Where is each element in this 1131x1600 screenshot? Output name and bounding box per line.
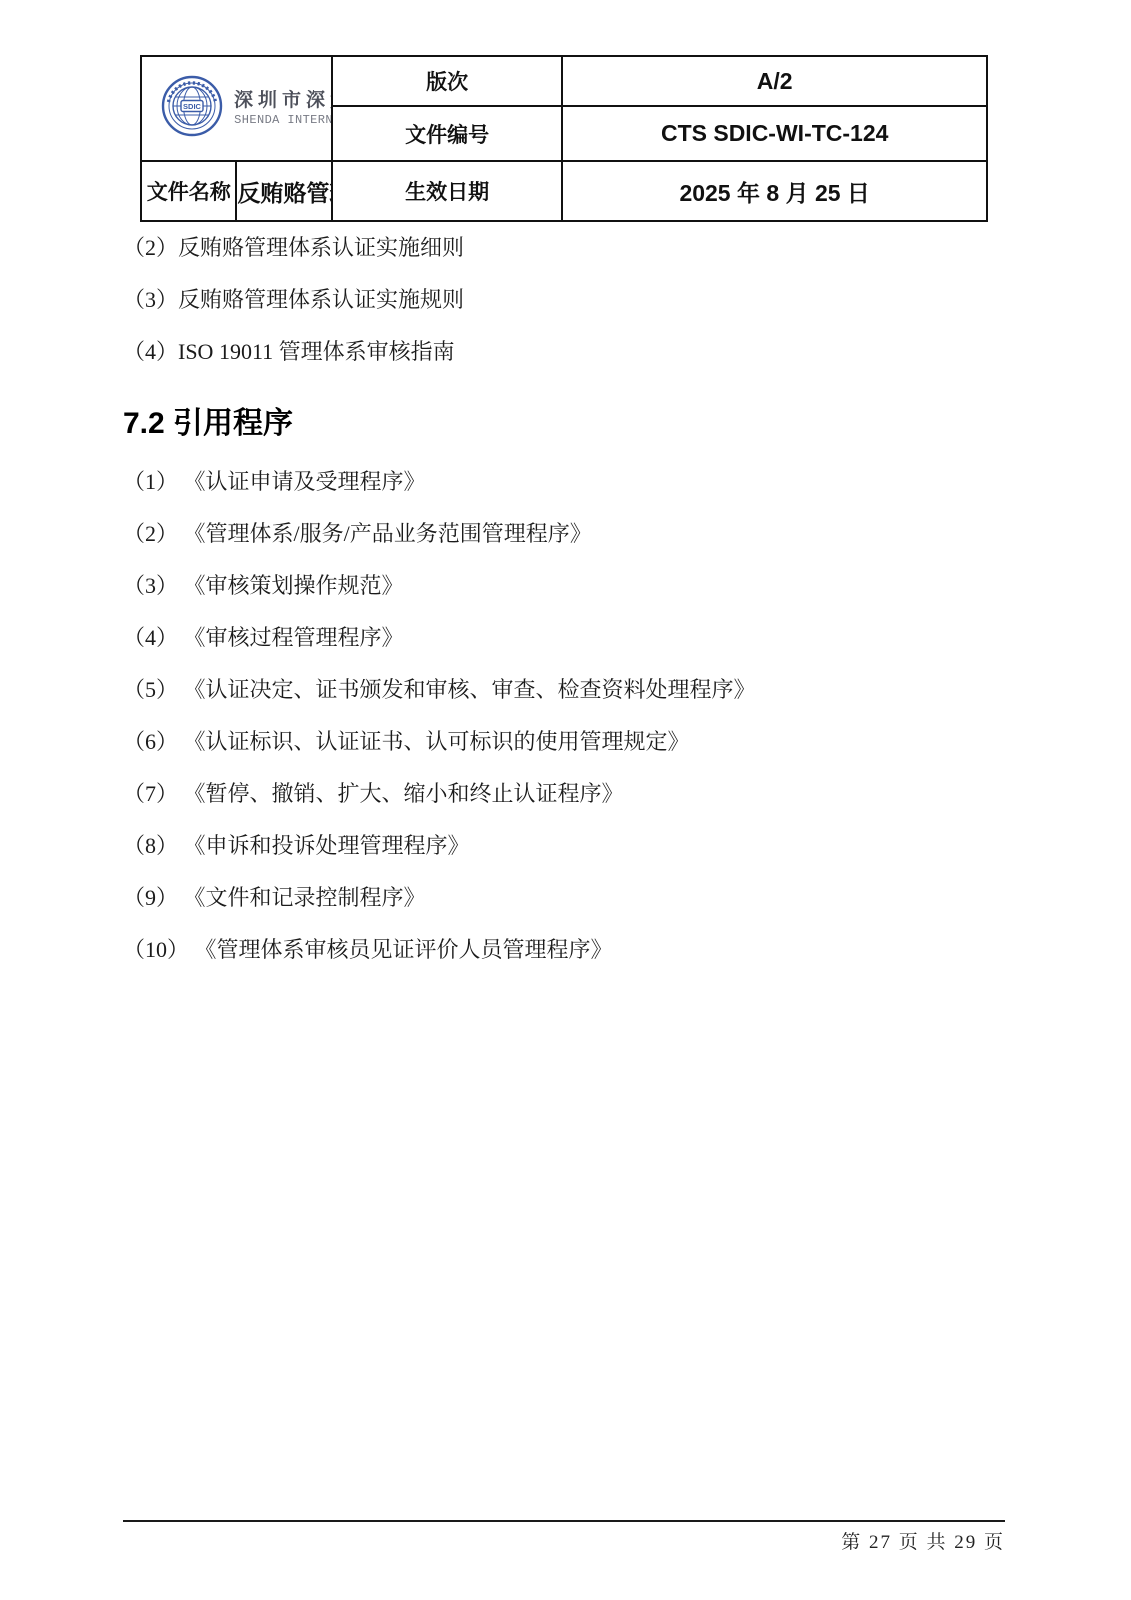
version-value: A/2	[562, 56, 987, 106]
list-item: （10） 《管理体系审核员见证评价人员管理程序》	[123, 924, 1013, 976]
company-name-en: SHENDA INTERNATIONAL CERTICATION CO., LT…	[234, 113, 332, 128]
document-page: SDIC 深圳市深大国际认证有限公司 SHENDA INTERNATIONAL …	[0, 0, 1131, 1600]
list-item: （7） 《暂停、撤销、扩大、缩小和终止认证程序》	[123, 768, 1013, 820]
version-label: 版次	[332, 56, 563, 106]
list-item: （6） 《认证标识、认证证书、认可标识的使用管理规定》	[123, 716, 1013, 768]
company-header-cell: SDIC 深圳市深大国际认证有限公司 SHENDA INTERNATIONAL …	[141, 56, 332, 161]
list-item: （5） 《认证决定、证书颁发和审核、审查、检查资料处理程序》	[123, 664, 1013, 716]
section-heading: 7.2 引用程序	[123, 392, 1013, 456]
document-body: （2）反贿赂管理体系认证实施细则 （3）反贿赂管理体系认证实施规则 （4）ISO…	[123, 222, 1013, 976]
list-item: （9） 《文件和记录控制程序》	[123, 872, 1013, 924]
list-item: （1） 《认证申请及受理程序》	[123, 456, 1013, 508]
doc-number-label: 文件编号	[332, 106, 563, 161]
footer-divider	[123, 1520, 1005, 1522]
list-item: （3） 《审核策划操作规范》	[123, 560, 1013, 612]
list-item: （2）反贿赂管理体系认证实施细则	[123, 222, 1013, 274]
list-item: （2） 《管理体系/服务/产品业务范围管理程序》	[123, 508, 1013, 560]
list-item: （3）反贿赂管理体系认证实施规则	[123, 274, 1013, 326]
page-number: 第 27 页 共 29 页	[123, 1527, 1005, 1554]
effective-date-label: 生效日期	[332, 161, 563, 221]
doc-name-label: 文件名称	[141, 161, 236, 221]
doc-number-value: CTS SDIC-WI-TC-124	[562, 106, 987, 161]
document-header-table: SDIC 深圳市深大国际认证有限公司 SHENDA INTERNATIONAL …	[140, 55, 988, 222]
logo-sdic-text: SDIC	[183, 102, 202, 111]
list-item: （4） 《审核过程管理程序》	[123, 612, 1013, 664]
effective-date-value: 2025 年 8 月 25 日	[562, 161, 987, 221]
list-item: （8） 《申诉和投诉处理管理程序》	[123, 820, 1013, 872]
list-item: （4）ISO 19011 管理体系审核指南	[123, 326, 1013, 378]
company-name-cn: 深圳市深大国际认证有限公司	[234, 89, 332, 113]
doc-name-value: 反贿赂管理体系认证实施规则	[236, 161, 331, 221]
company-logo-icon: SDIC	[160, 74, 224, 143]
